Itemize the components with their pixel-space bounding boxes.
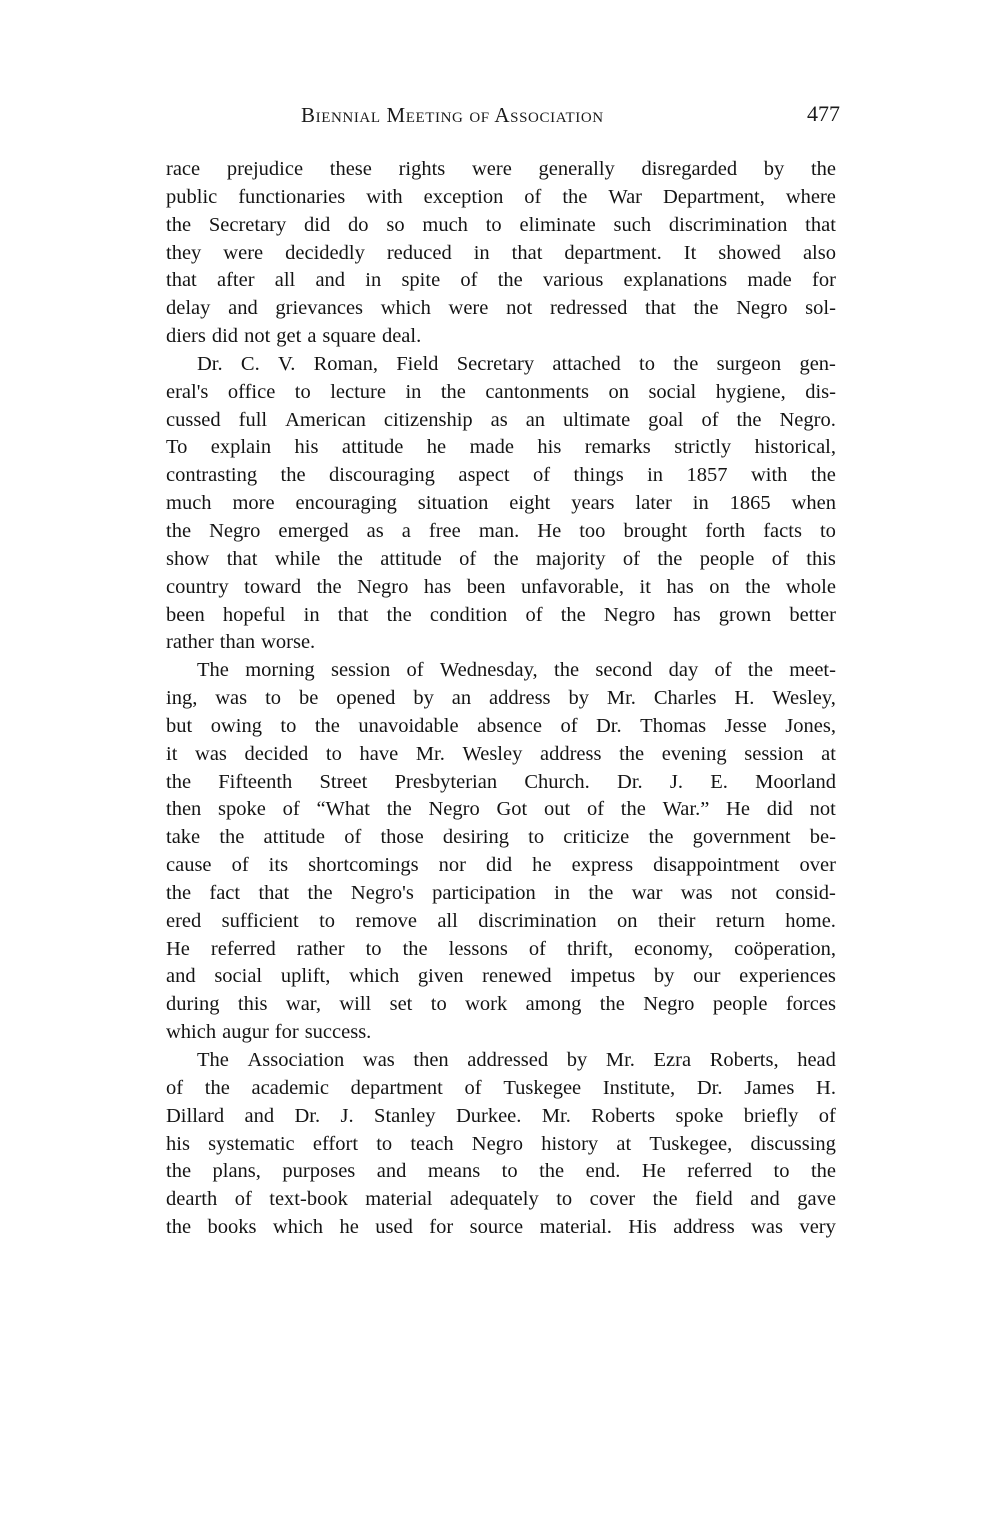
word: remarks — [585, 434, 651, 462]
word: better — [789, 602, 836, 630]
word: during — [166, 991, 220, 1019]
word: not — [506, 295, 532, 323]
word: this — [238, 991, 268, 1019]
word: referred — [211, 936, 276, 964]
word: adequately — [450, 1186, 539, 1214]
running-head: Biennial Meeting of Association 477 — [166, 103, 836, 133]
word: at — [821, 741, 836, 769]
word: of — [533, 462, 550, 490]
word: addressed — [467, 1047, 548, 1075]
word: of — [459, 546, 476, 574]
word: very — [799, 1214, 835, 1242]
word: Department, — [663, 184, 765, 212]
word: spoke — [218, 796, 266, 824]
word: participation — [432, 880, 536, 908]
text-line: Hereferredrathertothelessonsofthrift,eco… — [166, 936, 836, 964]
word: was — [363, 1047, 395, 1075]
text-line: dearthoftext-bookmaterialadequatelytocov… — [166, 1186, 836, 1214]
text-line: theNegroemergedasafreeman.Hetoobroughtfo… — [166, 518, 836, 546]
word: It — [684, 240, 697, 268]
word: forth — [705, 518, 745, 546]
word: discussing — [750, 1131, 835, 1159]
text-line: causeofitsshortcomingsnordidheexpressdis… — [166, 852, 836, 880]
text-line: diersdidnotgetasquaredeal. — [166, 323, 836, 351]
word: all — [437, 908, 458, 936]
word: that — [512, 240, 543, 268]
text-line: showthatwhiletheattitudeofthemajorityoft… — [166, 546, 836, 574]
word: cause — [166, 852, 212, 880]
word: of — [587, 796, 604, 824]
word: the — [673, 351, 698, 379]
word: discouraging — [329, 462, 435, 490]
word: War.” — [663, 796, 710, 824]
word: of — [283, 796, 300, 824]
word: the — [205, 1075, 230, 1103]
text-line: thatafterallandinspiteofthevariousexplan… — [166, 267, 836, 295]
word: attitude — [264, 824, 325, 852]
word: has — [666, 574, 693, 602]
word: material — [365, 1186, 432, 1214]
text-line: theplans,purposesandmeanstotheend.Herefe… — [166, 1158, 836, 1186]
word: Charles — [654, 685, 717, 713]
word: the — [745, 574, 770, 602]
word: eral's — [166, 379, 208, 407]
word: the — [281, 462, 306, 490]
word: of — [524, 184, 541, 212]
word: Institute, — [603, 1075, 675, 1103]
word: it — [166, 741, 177, 769]
word: to — [639, 351, 655, 379]
paragraph-3: ThemorningsessionofWednesday,thesecondda… — [166, 657, 836, 1047]
word: in — [693, 490, 709, 518]
word: session — [744, 741, 803, 769]
word: in — [554, 880, 570, 908]
text-line: eredsufficienttoremovealldiscriminationo… — [166, 908, 836, 936]
word: remove — [355, 908, 416, 936]
word: of — [701, 407, 718, 435]
word: be- — [810, 824, 836, 852]
word: so — [386, 212, 404, 240]
word: the — [600, 991, 625, 1019]
word: that — [258, 880, 289, 908]
word: by — [413, 685, 434, 713]
word: his — [295, 434, 319, 462]
book-page: Biennial Meeting of Association 477 race… — [0, 0, 1000, 1519]
word: cantonments — [485, 379, 589, 407]
word: head — [797, 1047, 836, 1075]
word: aspect — [458, 462, 509, 490]
word: will — [339, 991, 371, 1019]
word: the — [403, 936, 428, 964]
word: our — [693, 963, 720, 991]
word: various — [543, 267, 603, 295]
word: effort — [313, 1131, 358, 1159]
word: the — [657, 546, 682, 574]
word: attitude — [380, 546, 441, 574]
word: toward — [244, 574, 301, 602]
word: things — [574, 462, 624, 490]
word: of — [772, 546, 789, 574]
word: express — [572, 852, 633, 880]
word: disregarded — [641, 156, 737, 184]
word: to — [486, 212, 502, 240]
word: the — [166, 1158, 191, 1186]
word: to — [295, 379, 311, 407]
word: consid- — [776, 880, 836, 908]
word: Mr. — [542, 1103, 571, 1131]
word: given — [418, 963, 464, 991]
word: day — [669, 657, 699, 685]
word: spoke — [675, 1103, 723, 1131]
word: attitude — [342, 434, 403, 462]
word: his — [166, 1131, 190, 1159]
word: Wesley, — [772, 685, 836, 713]
word: Negro — [604, 602, 655, 630]
word: eight — [509, 490, 550, 518]
word: for — [429, 1214, 453, 1242]
word: Tuskegee, — [649, 1131, 732, 1159]
word: uplift, — [281, 963, 331, 991]
word: return — [716, 908, 765, 936]
word: delay — [166, 295, 210, 323]
word: the — [166, 1214, 191, 1242]
word: Jones, — [785, 713, 836, 741]
word: unavoidable — [358, 713, 458, 741]
word: lessons — [449, 936, 508, 964]
word: He — [642, 1158, 666, 1186]
word: the — [554, 657, 579, 685]
word: James — [744, 1075, 794, 1103]
word: end. — [586, 1158, 621, 1186]
word: much — [422, 212, 468, 240]
word: to — [528, 824, 544, 852]
word: whole — [786, 574, 836, 602]
word: showed — [718, 240, 781, 268]
word: goal — [648, 407, 683, 435]
paragraph-2: Dr.C.V.Roman,FieldSecretaryattachedtothe… — [166, 351, 836, 657]
word: explanations — [624, 267, 728, 295]
word: it — [640, 574, 651, 602]
word: the — [387, 796, 412, 824]
word: much — [166, 490, 212, 518]
word: H. — [734, 685, 754, 713]
word: means — [428, 1158, 480, 1186]
text-line: beenhopefulinthattheconditionoftheNegroh… — [166, 602, 836, 630]
word: in — [365, 267, 381, 295]
word: war — [632, 880, 663, 908]
word: he — [532, 852, 551, 880]
word: their — [658, 908, 696, 936]
word: text-book — [269, 1186, 348, 1214]
word: of — [623, 546, 640, 574]
word: coöperation, — [734, 936, 836, 964]
word: history — [541, 1131, 598, 1159]
word: to — [431, 991, 447, 1019]
word: J. — [341, 1103, 354, 1131]
word: morning — [245, 657, 314, 685]
word: unfavorable, — [521, 574, 624, 602]
word: which — [381, 295, 431, 323]
word: on — [617, 908, 638, 936]
text-line: Dr.C.V.Roman,FieldSecretaryattachedtothe… — [166, 351, 836, 379]
word: Ezra — [654, 1047, 692, 1075]
word: the — [387, 602, 412, 630]
word: have — [360, 741, 399, 769]
word: an — [526, 407, 545, 435]
word: to — [556, 1186, 572, 1214]
word: Dr. — [596, 713, 622, 741]
word: Association — [247, 1047, 344, 1075]
body-text: raceprejudicetheserightsweregenerallydis… — [166, 156, 836, 1242]
word: Jesse — [725, 713, 767, 741]
word: among — [526, 991, 582, 1019]
word: rights — [399, 156, 446, 184]
word: of — [232, 852, 249, 880]
word: such — [614, 212, 652, 240]
word: was — [751, 1214, 783, 1242]
word: was — [215, 685, 247, 713]
word: nor — [439, 852, 466, 880]
word: Stanley — [374, 1103, 436, 1131]
word: with — [751, 462, 787, 490]
word: of — [235, 1186, 252, 1214]
word: to — [280, 713, 296, 741]
word: Negro — [736, 295, 787, 323]
word: the — [317, 574, 342, 602]
word: which — [166, 1019, 216, 1047]
word: redressed — [550, 295, 627, 323]
word: years — [571, 490, 614, 518]
word: set — [390, 991, 413, 1019]
word: ing, — [166, 685, 197, 713]
word: meet- — [789, 657, 836, 685]
word: and — [166, 963, 196, 991]
word: systematic — [208, 1131, 295, 1159]
word: to — [265, 685, 281, 713]
word: as — [491, 407, 508, 435]
word: in — [647, 462, 663, 490]
word: on — [709, 574, 730, 602]
word: all — [275, 267, 296, 295]
word: to — [319, 908, 335, 936]
word: be — [299, 685, 318, 713]
word: after — [217, 267, 255, 295]
word: books — [207, 1214, 256, 1242]
word: Roman, — [314, 351, 378, 379]
word: purposes — [282, 1158, 355, 1186]
word: Tuskegee — [503, 1075, 581, 1103]
word: he — [339, 1214, 358, 1242]
word: academic — [252, 1075, 329, 1103]
word: while — [275, 546, 321, 574]
word: rather — [166, 629, 214, 657]
text-line: oftheacademicdepartmentofTuskegeeInstitu… — [166, 1075, 836, 1103]
word: Negro — [209, 518, 260, 546]
word: office — [228, 379, 275, 407]
word: Wednesday, — [440, 657, 538, 685]
word: material. — [540, 1214, 612, 1242]
text-line: DillardandDr.J.StanleyDurkee.Mr.Robertss… — [166, 1103, 836, 1131]
word: Dr. — [295, 1103, 321, 1131]
word: Negro — [643, 991, 694, 1019]
text-line: itwasdecidedtohaveMr.Wesleyaddresstheeve… — [166, 741, 836, 769]
word: out — [544, 796, 570, 824]
word: its — [269, 852, 288, 880]
paragraph-4: TheAssociationwasthenaddressedbyMr.EzraR… — [166, 1047, 836, 1242]
word: of — [529, 936, 546, 964]
word: on — [608, 379, 629, 407]
word: explain — [211, 434, 271, 462]
text-line: delayandgrievanceswhichwerenotredressedt… — [166, 295, 836, 323]
word: for — [812, 267, 836, 295]
word: deal. — [382, 323, 421, 351]
word: Secretary — [209, 212, 286, 240]
word: Dr. — [197, 351, 223, 379]
word: E. — [710, 769, 728, 797]
word: forces — [786, 991, 836, 1019]
word: contrasting — [166, 462, 257, 490]
word: encouraging — [296, 490, 397, 518]
word: get — [276, 323, 301, 351]
word: the — [811, 156, 836, 184]
word: historical, — [755, 434, 836, 462]
word: was — [681, 880, 713, 908]
text-line: whichaugurforsuccess. — [166, 1019, 836, 1047]
word: and — [377, 1158, 407, 1186]
word: renewed — [482, 963, 551, 991]
word: the — [621, 796, 646, 824]
word: with — [366, 184, 402, 212]
word: department. — [564, 240, 661, 268]
text-line: publicfunctionarieswithexceptionoftheWar… — [166, 184, 836, 212]
text-line: contrastingthediscouragingaspectofthings… — [166, 462, 836, 490]
word: dearth — [166, 1186, 217, 1214]
page-number: 477 — [807, 101, 840, 127]
running-title: Biennial Meeting of Association — [301, 103, 604, 128]
word: field — [695, 1186, 733, 1214]
word: exception — [424, 184, 504, 212]
word: Dillard — [166, 1103, 224, 1131]
word: to — [326, 741, 342, 769]
word: that — [338, 602, 369, 630]
word: War — [608, 184, 642, 212]
word: by — [764, 156, 785, 184]
word: and — [750, 1186, 780, 1214]
word: of — [407, 657, 424, 685]
word: made — [470, 434, 514, 462]
word: Street — [320, 769, 368, 797]
text-line: butowingtotheunavoidableabsenceofDr.Thom… — [166, 713, 836, 741]
word: man. — [479, 518, 519, 546]
word: Negro's — [351, 880, 414, 908]
word: emerged — [278, 518, 348, 546]
word: the — [166, 769, 191, 797]
word: situation — [418, 490, 489, 518]
word: the — [648, 824, 673, 852]
word: the — [561, 602, 586, 630]
word: briefly — [744, 1103, 799, 1131]
word: the — [166, 880, 191, 908]
word: work — [465, 991, 507, 1019]
word: majority — [536, 546, 605, 574]
word: To — [166, 434, 187, 462]
text-line: theSecretarydiddosomuchtoeliminatesuchdi… — [166, 212, 836, 240]
word: plans, — [213, 1158, 261, 1186]
word: discrimination — [478, 908, 596, 936]
word: not — [810, 796, 836, 824]
word: teach — [410, 1131, 453, 1159]
word: citizenship — [384, 407, 473, 435]
word: that — [805, 212, 836, 240]
text-line: ThemorningsessionofWednesday,thesecondda… — [166, 657, 836, 685]
word: Church. — [524, 769, 589, 797]
word: hygiene, — [716, 379, 786, 407]
word: Dr. — [697, 1075, 723, 1103]
word: by — [654, 963, 675, 991]
word: Negro. — [780, 407, 836, 435]
word: condition — [430, 602, 507, 630]
text-line: countrytowardtheNegrohasbeenunfavorable,… — [166, 574, 836, 602]
word: the — [748, 657, 773, 685]
word: public — [166, 184, 217, 212]
word: C. — [241, 351, 260, 379]
word: Moorland — [755, 769, 836, 797]
word: of — [715, 657, 732, 685]
word: used — [375, 1214, 413, 1242]
word: not — [731, 880, 757, 908]
word: to — [366, 936, 382, 964]
text-line: thefactthattheNegro'sparticipationinthew… — [166, 880, 836, 908]
word: the — [693, 295, 718, 323]
word: the — [736, 407, 761, 435]
word: grievances — [275, 295, 363, 323]
word: lecture — [330, 379, 386, 407]
word: grown — [719, 602, 771, 630]
word: when — [792, 490, 836, 518]
word: were — [223, 240, 263, 268]
word: Fifteenth — [218, 769, 292, 797]
text-line: taketheattitudeofthosedesiringtocriticiz… — [166, 824, 836, 852]
word: but — [166, 713, 192, 741]
word: ultimate — [563, 407, 630, 435]
word: augur — [222, 1019, 269, 1047]
word: V. — [278, 351, 295, 379]
word: Mr. — [606, 1047, 635, 1075]
word: address — [489, 685, 550, 713]
word: criticize — [563, 824, 629, 852]
word: of — [166, 1075, 183, 1103]
word: which — [273, 1214, 323, 1242]
word: of — [460, 267, 477, 295]
text-line: cussedfullAmericancitizenshipasanultimat… — [166, 407, 836, 435]
word: strictly — [674, 434, 731, 462]
word: J. — [670, 769, 683, 797]
word: shortcomings — [308, 852, 418, 880]
word: source — [470, 1214, 524, 1242]
text-line: theFifteenthStreetPresbyterianChurch.Dr.… — [166, 769, 836, 797]
word: gave — [797, 1186, 836, 1214]
word: Dr. — [617, 769, 643, 797]
word: Roberts, — [710, 1047, 779, 1075]
word: discrimination — [669, 212, 787, 240]
word: He — [537, 518, 561, 546]
word: full — [239, 407, 267, 435]
word: show — [166, 546, 209, 574]
word: ered — [166, 908, 201, 936]
word: the — [441, 379, 466, 407]
word: in — [405, 379, 421, 407]
word: thrift, — [567, 936, 613, 964]
